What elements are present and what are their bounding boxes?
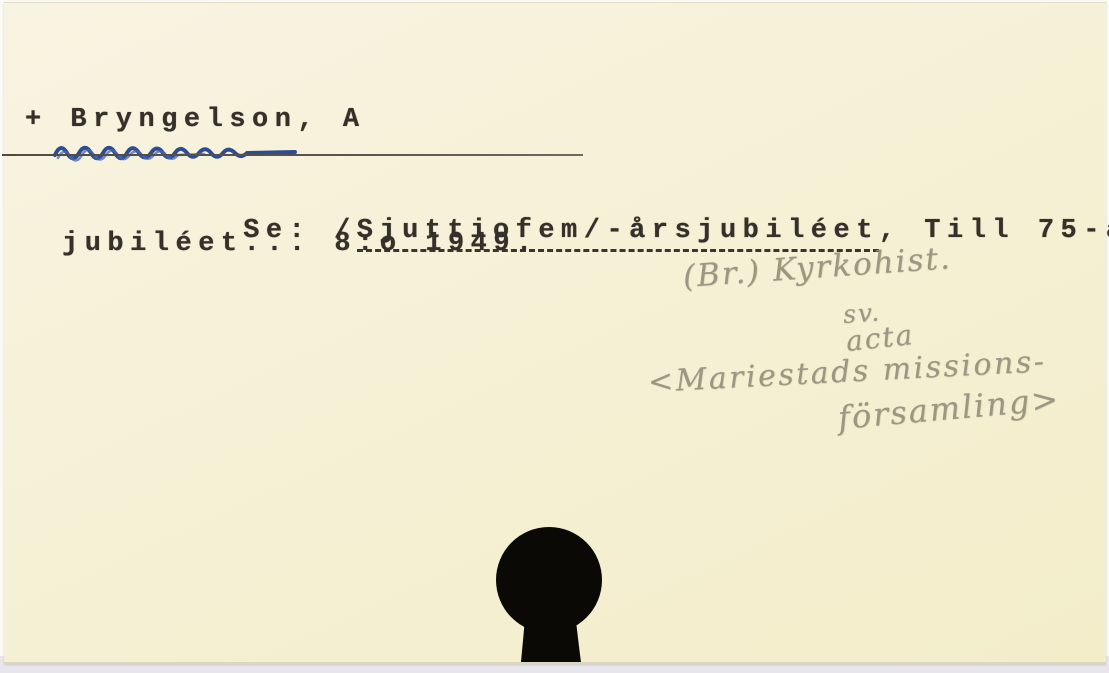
keyhole-rod-hole-icon	[492, 525, 610, 662]
reference-line-2: jubiléet... 8:o 1949.	[62, 229, 539, 259]
catalog-card: + Bryngelson, A Se: /Sjuttiofem/-årsjubi…	[4, 2, 1106, 664]
blue-wavy-underline	[52, 142, 302, 164]
card-heading: + Bryngelson, A	[25, 105, 366, 135]
reference-line1-suffix: , Till 75-års-	[879, 216, 1109, 246]
scanned-card-image: + Bryngelson, A Se: /Sjuttiofem/-årsjubi…	[0, 0, 1109, 673]
heading-rule-line	[2, 154, 583, 156]
